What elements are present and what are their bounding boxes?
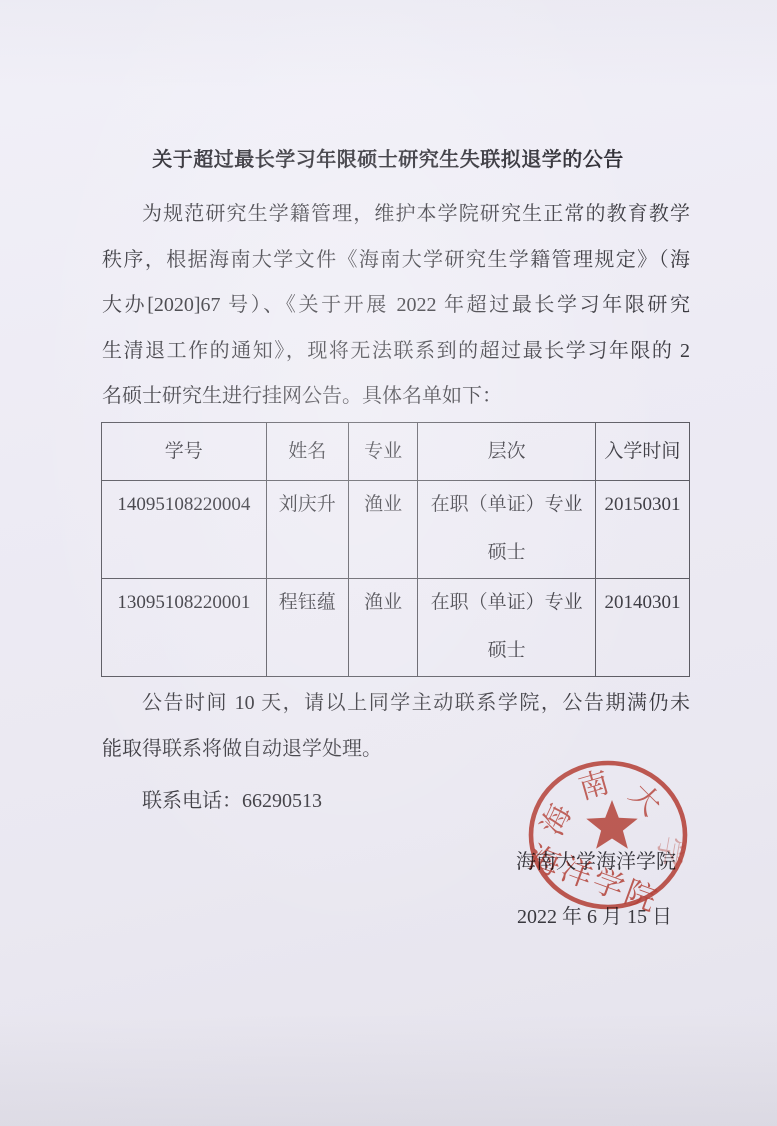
paragraph-line: 生清退工作的通知》，现将无法联系到的超过最长学习年限的 2: [102, 329, 690, 375]
cell-level-line: 硕士: [418, 529, 595, 577]
cell-student-id: 13095108220001: [102, 579, 267, 677]
table-row: 14095108220004 刘庆升 渔业 在职（单证）专业 硕士 201503…: [102, 481, 690, 579]
cell-name: 刘庆升: [266, 481, 348, 579]
body-paragraph-1: 为规范研究生学籍管理，维护本学院研究生正常的教育教学 秩序，根据海南大学文件《海…: [102, 192, 690, 420]
paragraph-line: 公告时间 10 天，请以上同学主动联系学院，公告期满仍未: [102, 681, 690, 727]
cell-level-line: 在职（单证）专业: [418, 579, 595, 627]
paragraph-line: 名硕士研究生进行挂网公告。具体名单如下：: [102, 374, 690, 420]
paragraph-line: 大办[2020]67 号）、《关于开展 2022 年超过最长学习年限研究: [102, 283, 690, 329]
paragraph-line: 秩序，根据海南大学文件《海南大学研究生学籍管理规定》（海: [102, 238, 690, 284]
cell-level: 在职（单证）专业 硕士: [418, 579, 596, 677]
paragraph-line: 能取得联系将做自动退学处理。: [102, 727, 690, 773]
header-student-id: 学号: [102, 423, 267, 481]
cell-major: 渔业: [348, 481, 417, 579]
header-enroll-date: 入学时间: [595, 423, 689, 481]
cell-level-line: 在职（单证）专业: [418, 481, 595, 529]
paragraph-line: 为规范研究生学籍管理，维护本学院研究生正常的教育教学: [102, 192, 690, 238]
cell-enroll-date: 20150301: [595, 481, 689, 579]
official-seal: 海 南 大 学 海洋学院: [520, 750, 700, 925]
cell-name: 程钰蕴: [266, 579, 348, 677]
header-name: 姓名: [266, 423, 348, 481]
cell-enroll-date: 20140301: [595, 579, 689, 677]
cell-student-id: 14095108220004: [102, 481, 267, 579]
table-row: 13095108220001 程钰蕴 渔业 在职（单证）专业 硕士 201403…: [102, 579, 690, 677]
header-major: 专业: [348, 423, 417, 481]
table-header-row: 学号 姓名 专业 层次 入学时间: [102, 423, 690, 481]
cell-level: 在职（单证）专业 硕士: [418, 481, 596, 579]
header-level: 层次: [418, 423, 596, 481]
body-paragraph-2: 公告时间 10 天，请以上同学主动联系学院，公告期满仍未 能取得联系将做自动退学…: [102, 681, 690, 772]
page-title: 关于超过最长学习年限硕士研究生失联拟退学的公告: [92, 143, 684, 172]
contact-phone: 联系电话：66290513: [102, 779, 690, 823]
cell-major: 渔业: [348, 579, 417, 677]
cell-level-line: 硕士: [418, 627, 595, 675]
students-table: 学号 姓名 专业 层次 入学时间 14095108220004 刘庆升 渔业 在…: [101, 422, 690, 677]
issue-date: 2022 年 6 月 15 日: [0, 900, 672, 929]
issuer-signature: 海南大学海洋学院: [0, 845, 676, 874]
announcement-document: 关于超过最长学习年限硕士研究生失联拟退学的公告 为规范研究生学籍管理，维护本学院…: [0, 0, 777, 1126]
